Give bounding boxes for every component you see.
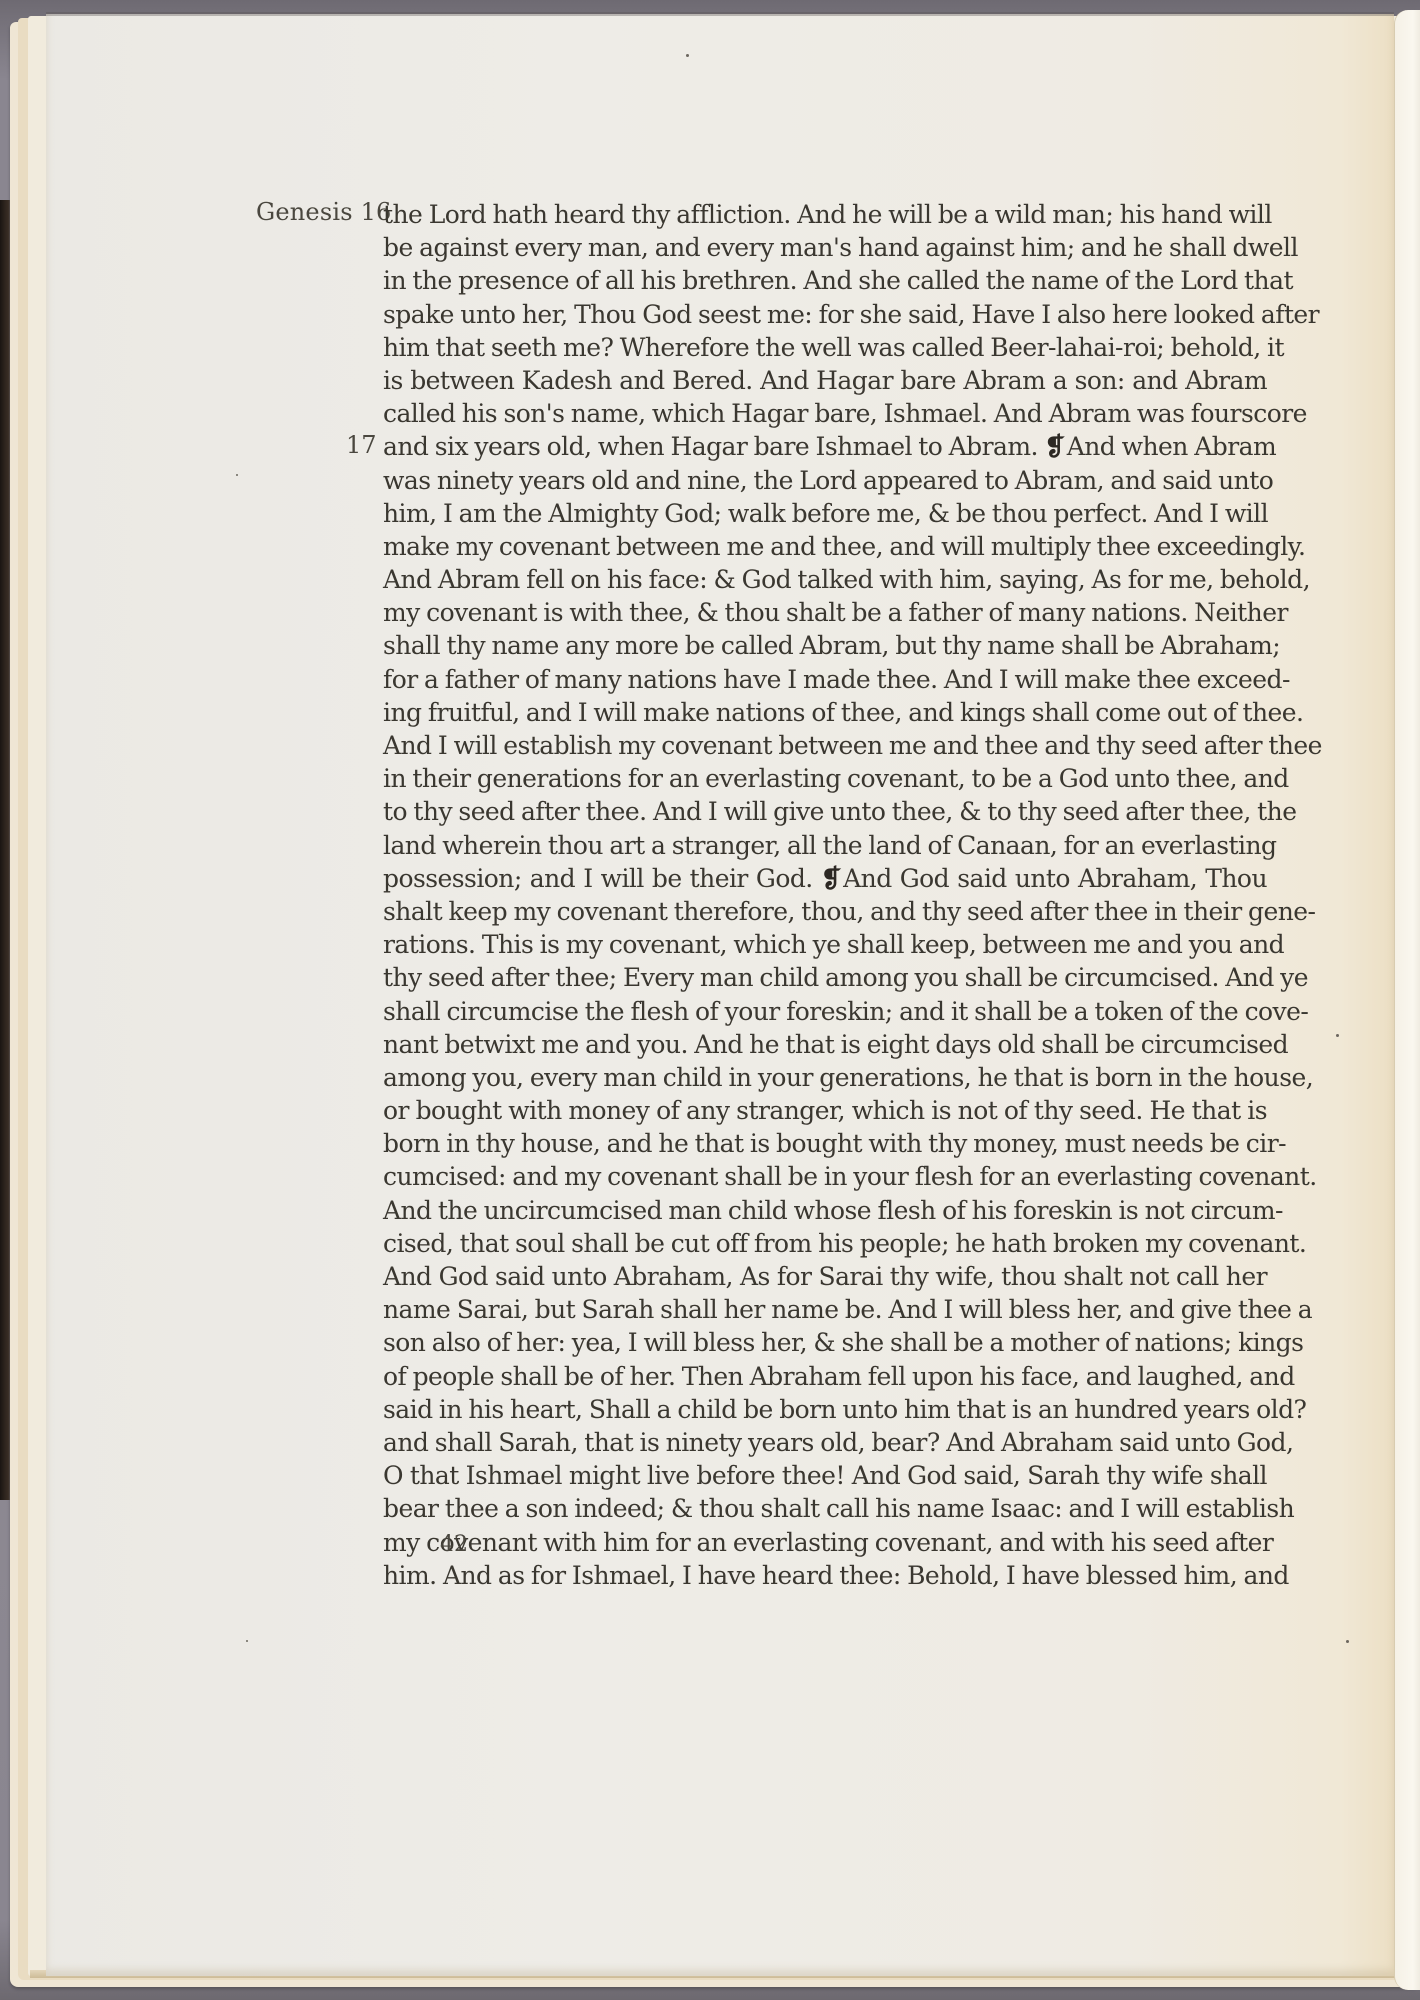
line-text-continuation: And God said unto Abraham, Thou xyxy=(843,864,1267,893)
text-line: cumcised: and my covenant shall be in yo… xyxy=(383,1160,1267,1193)
text-line: in their generations for an everlasting … xyxy=(383,762,1267,795)
text-line: in the presence of all his brethren. And… xyxy=(383,264,1267,297)
paper-speck xyxy=(1336,1034,1339,1037)
text-line: shall circumcise the flesh of your fores… xyxy=(383,995,1267,1028)
text-line: shalt keep my covenant therefore, thou, … xyxy=(383,895,1267,928)
text-line: was ninety years old and nine, the Lord … xyxy=(383,464,1267,497)
text-line: And I will establish my covenant between… xyxy=(383,729,1267,762)
text-line: called his son's name, which Hagar bare,… xyxy=(383,397,1267,430)
text-line: make my covenant between me and thee, an… xyxy=(383,530,1267,563)
text-line: among you, every man child in your gener… xyxy=(383,1061,1267,1094)
text-line: land wherein thou art a stranger, all th… xyxy=(383,829,1267,862)
text-line: cised, that soul shall be cut off from h… xyxy=(383,1227,1267,1260)
text-line: O that Ishmael might live before thee! A… xyxy=(383,1459,1267,1492)
text-line: to thy seed after thee. And I will give … xyxy=(383,795,1267,828)
line-text: and six years old, when Hagar bare Ishma… xyxy=(383,432,1044,461)
text-line: for a father of many nations have I made… xyxy=(383,663,1267,696)
text-line: shall thy name any more be called Abram,… xyxy=(383,629,1267,662)
paper-speck xyxy=(686,54,689,57)
paper-speck xyxy=(1346,1640,1349,1643)
facing-page-edge xyxy=(1394,10,1420,1990)
text-line: bear thee a son indeed; & thou shalt cal… xyxy=(383,1492,1267,1525)
text-line: of people shall be of her. Then Abraham … xyxy=(383,1360,1267,1393)
text-line: name Sarai, but Sarah shall her name be.… xyxy=(383,1293,1267,1326)
line-text-continuation: And when Abram xyxy=(1067,432,1276,461)
body-text: the Lord hath heard thy affliction. And … xyxy=(383,198,1267,1592)
text-line-with-paragraph-mark: and six years old, when Hagar bare Ishma… xyxy=(383,430,1267,463)
page-number: 42 xyxy=(440,1532,468,1557)
text-line: son also of her: yea, I will bless her, … xyxy=(383,1326,1267,1359)
text-line: said in his heart, Shall a child be born… xyxy=(383,1393,1267,1426)
text-line: And Abram fell on his face: & God talked… xyxy=(383,563,1267,596)
text-line: born in thy house, and he that is bought… xyxy=(383,1127,1267,1160)
text-line: And God said unto Abraham, As for Sarai … xyxy=(383,1260,1267,1293)
text-line: thy seed after thee; Every man child amo… xyxy=(383,961,1267,994)
page-top-edge xyxy=(46,12,1394,16)
text-line: or bought with money of any stranger, wh… xyxy=(383,1094,1267,1127)
text-line: And the uncircumcised man child whose fl… xyxy=(383,1194,1267,1227)
line-text: possession; and I will be their God. xyxy=(383,864,821,893)
chapter-marker-17: 17 xyxy=(346,431,377,459)
paper-speck xyxy=(246,1640,248,1642)
text-line: rations. This is my covenant, which ye s… xyxy=(383,928,1267,961)
text-line: ing fruitful, and I will make nations of… xyxy=(383,696,1267,729)
text-line: be against every man, and every man's ha… xyxy=(383,231,1267,264)
running-head: Genesis 16 xyxy=(256,198,392,226)
text-line: nant betwixt me and you. And he that is … xyxy=(383,1028,1267,1061)
paragraph-mark-icon: ❡ xyxy=(1044,432,1064,461)
text-line: spake unto her, Thou God seest me: for s… xyxy=(383,298,1267,331)
paper-speck xyxy=(236,474,238,476)
text-line: my covenant is with thee, & thou shalt b… xyxy=(383,596,1267,629)
text-line: the Lord hath heard thy affliction. And … xyxy=(383,198,1267,231)
text-line: is between Kadesh and Bered. And Hagar b… xyxy=(383,364,1267,397)
paragraph-mark-icon: ❡ xyxy=(821,864,841,893)
text-line: and shall Sarah, that is ninety years ol… xyxy=(383,1426,1267,1459)
text-line: my covenant with him for an everlasting … xyxy=(383,1526,1267,1559)
text-line: him. And as for Ishmael, I have heard th… xyxy=(383,1559,1267,1592)
text-line: him that seeth me? Wherefore the well wa… xyxy=(383,331,1267,364)
text-line: him, I am the Almighty God; walk before … xyxy=(383,497,1267,530)
text-line-with-paragraph-mark: possession; and I will be their God. ❡An… xyxy=(383,862,1267,895)
